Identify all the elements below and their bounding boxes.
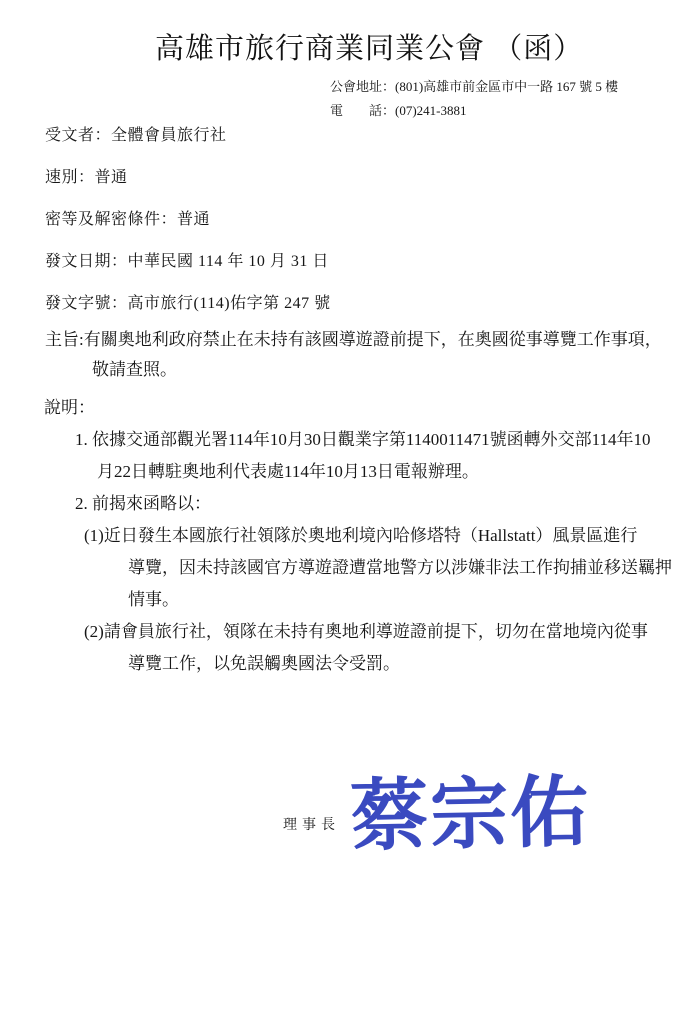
document-title: 高雄市旅行商業同業公會 （函）	[155, 26, 583, 67]
explanation-item1-line2: 月22日轉駐奧地利代表處114年10月13日電報辦理。	[97, 462, 479, 482]
explanation-sub2-line2: 導覽工作，以免誤觸奧國法令受罰。	[128, 654, 400, 674]
field-recipient: 受文者：全體會員旅行社	[45, 127, 227, 145]
official-letter-page: 高雄市旅行商業同業公會 （函） 公會地址：(801)高雄市前金區市中一路 167…	[0, 0, 700, 1024]
explanation-sub1-line3: 情事。	[128, 590, 179, 610]
field-issue-date: 發文日期：中華民國 114 年 10 月 31 日	[45, 253, 329, 271]
field-security-level: 密等及解密條件：普通	[45, 211, 210, 229]
explanation-heading: 說明：	[44, 398, 95, 418]
explanation-item2: 2. 前揭來函略以：	[75, 494, 211, 514]
explanation-sub2-line1: (2)請會員旅行社，領隊在未持有奧地利導遊證前提下，切勿在當地境內從事	[84, 622, 648, 642]
association-phone: 電 話：(07)241-3881	[330, 104, 467, 119]
field-doc-number: 發文字號：高市旅行(114)佑字第 247 號	[45, 295, 331, 313]
association-address: 公會地址：(801)高雄市前金區市中一路 167 號 5 樓	[330, 80, 618, 95]
explanation-sub1-line2: 導覽，因未持該國官方導遊證遭當地警方以涉嫌非法工作拘捕並移送羈押	[128, 558, 672, 578]
explanation-sub1-line1: (1)近日發生本國旅行社領隊於奧地利境內哈修塔特（Hallstatt）風景區進行	[84, 526, 637, 546]
field-speed: 速別：普通	[45, 169, 128, 187]
signature-name: 蔡宗佑	[349, 750, 591, 866]
explanation-item1-line1: 1. 依據交通部觀光署114年10月30日觀業字第1140011471號函轉外交…	[75, 430, 650, 450]
subject-line-1: 主旨:有關奧地利政府禁止在未持有該國導遊證前提下，在奧國從事導覽工作事項，	[45, 330, 662, 350]
signer-title: 理事長	[283, 814, 340, 834]
subject-line-2: 敬請查照。	[92, 360, 177, 380]
